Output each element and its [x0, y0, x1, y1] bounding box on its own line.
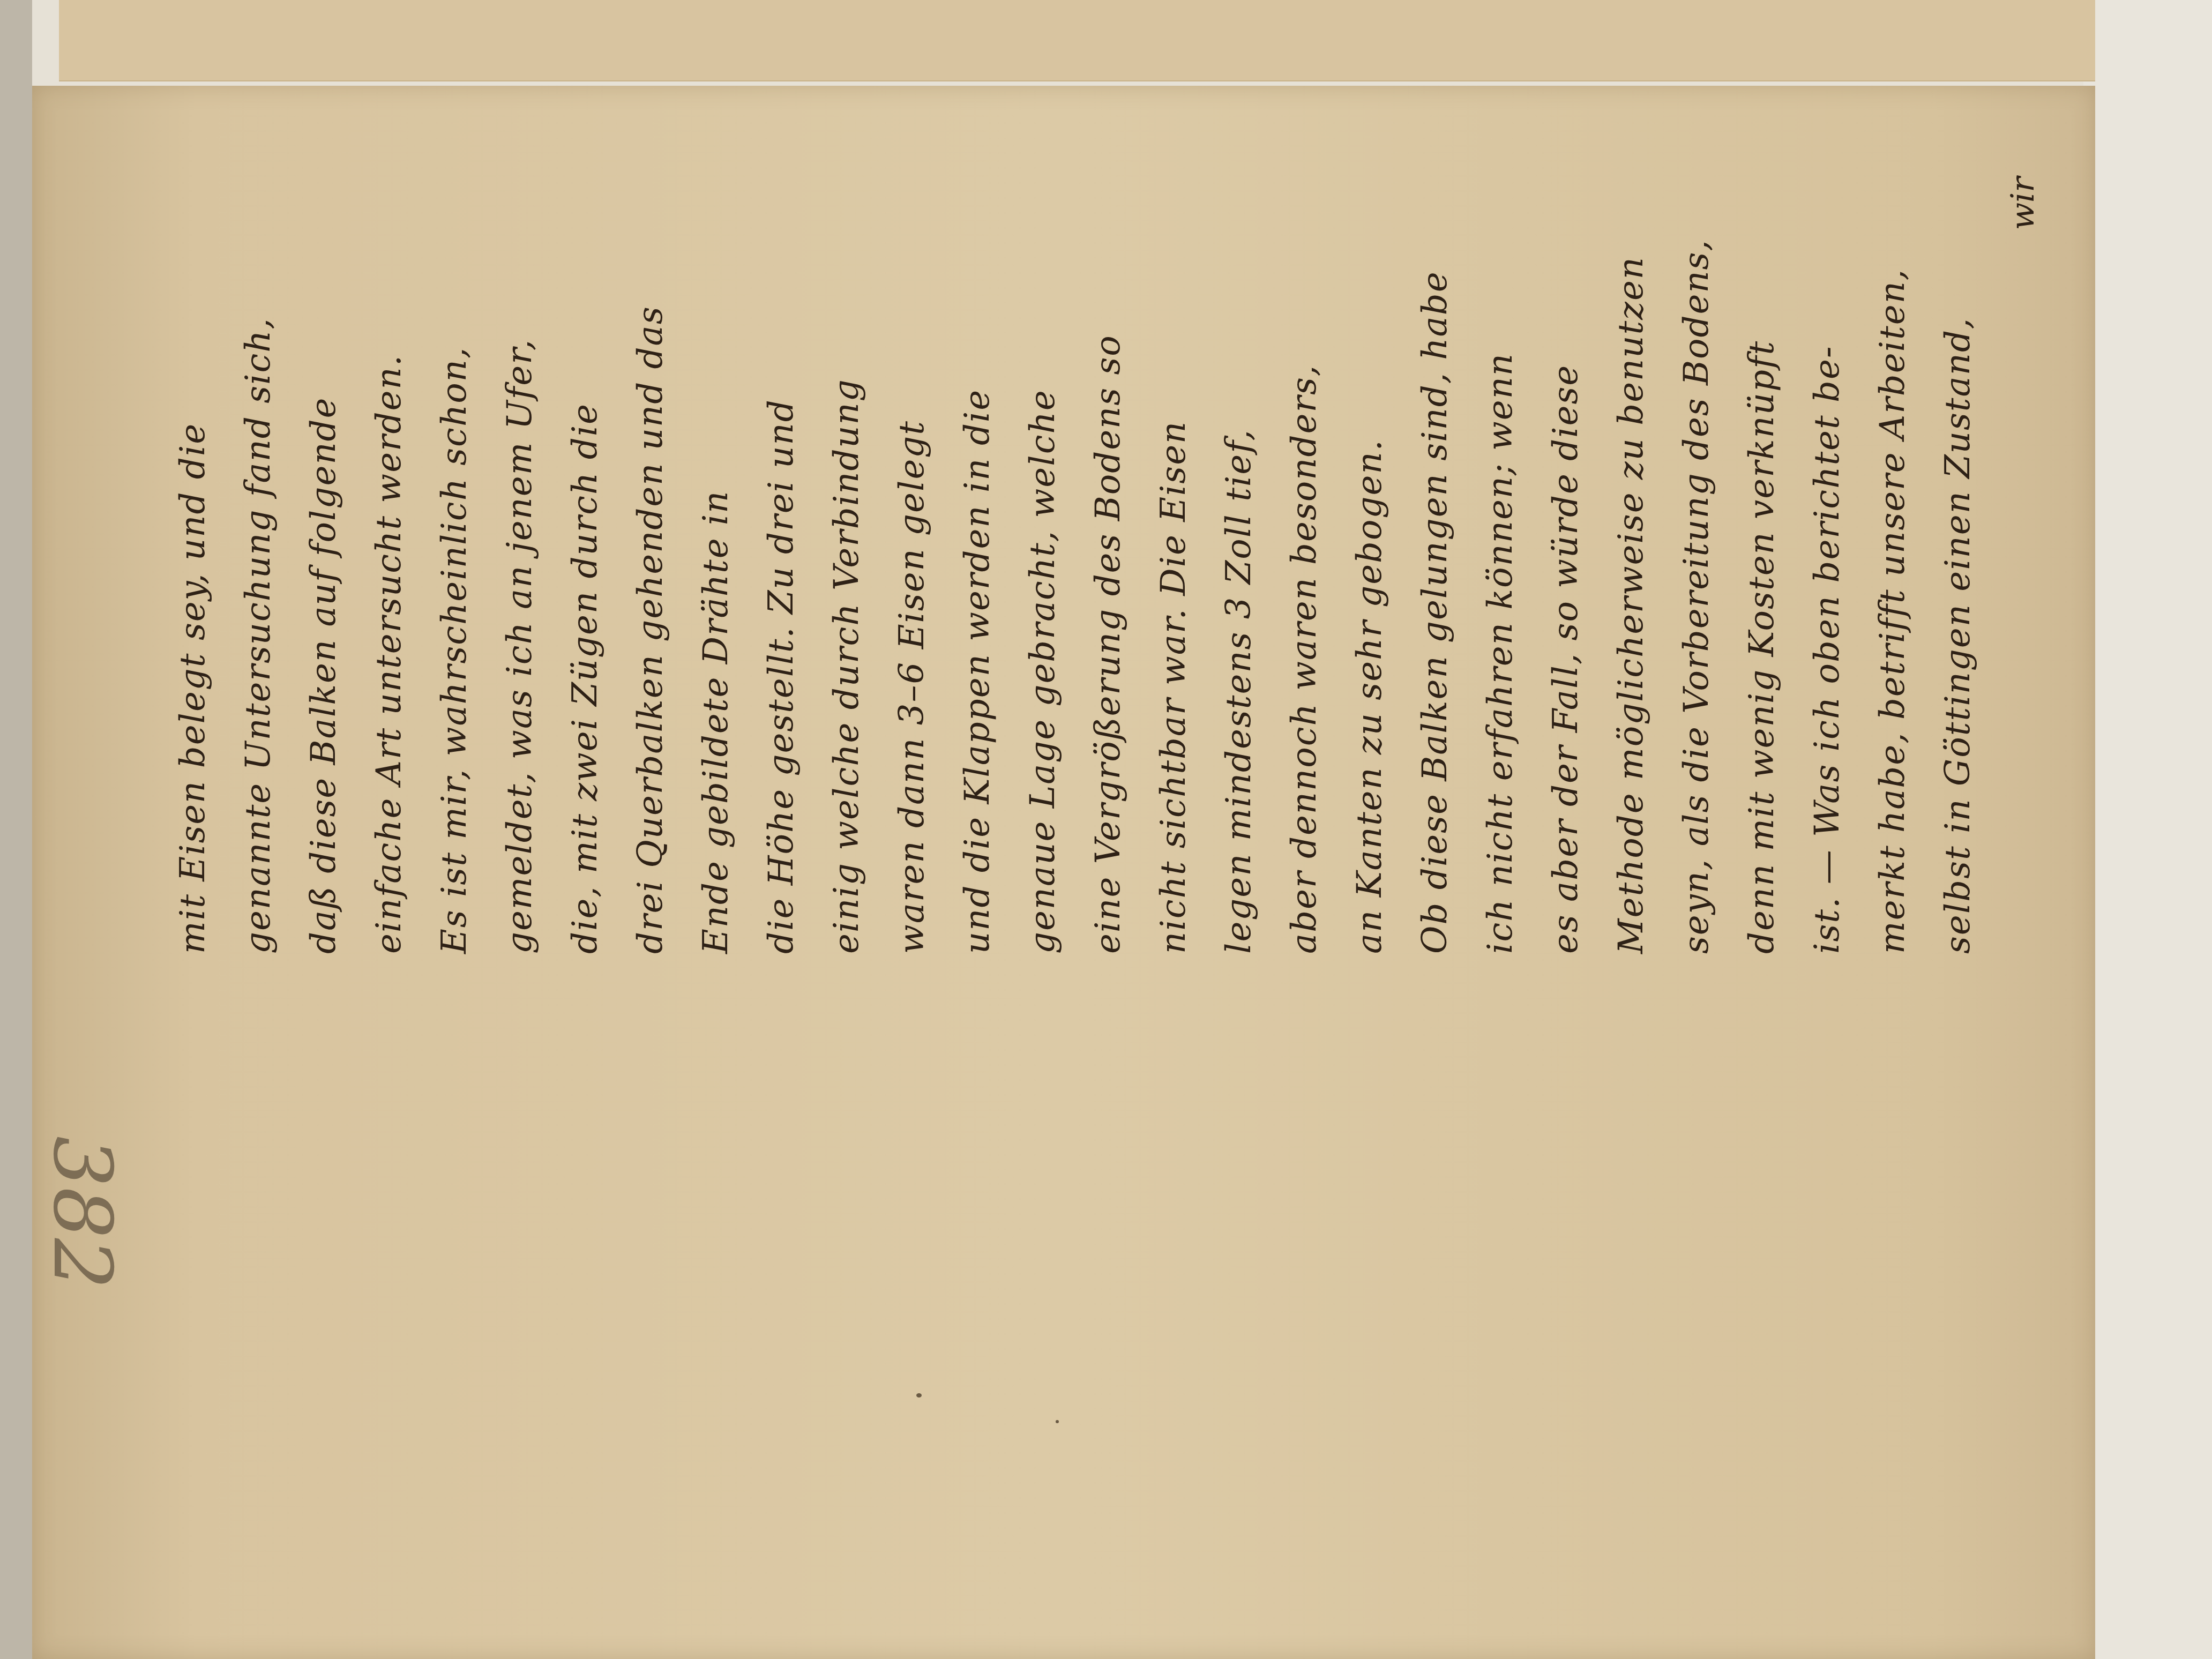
catchword: wir — [2004, 177, 2042, 230]
text-line: und die Klappen werden in die — [945, 96, 1010, 954]
text-line: legen mindestens 3 Zoll tief, — [1207, 96, 1271, 954]
text-line: Ende gebildete Drähte in — [684, 96, 748, 954]
text-line: einig welche durch Verbindung — [814, 96, 879, 954]
text-line: eine Vergrößerung des Bodens so — [1076, 96, 1140, 954]
text-line: mit Eisen belegt sey, und die — [161, 96, 225, 954]
text-line: merkt habe, betrifft unsere Arbeiten, — [1860, 96, 1925, 954]
text-line: selbst in Göttingen einen Zustand, — [1926, 96, 1990, 954]
background-cloth-right — [2083, 0, 2212, 1659]
pinhole-mark — [916, 1393, 922, 1398]
background-cloth-left — [0, 0, 32, 1659]
text-line: nicht sichtbar war. Die Eisen — [1141, 96, 1206, 954]
text-line: die Höhe gestellt. Zu drei und — [749, 96, 813, 954]
underlying-page-edge — [59, 0, 2095, 81]
text-line: es aber der Fall, so würde diese — [1534, 96, 1598, 954]
text-line: ich nicht erfahren können; wenn — [1468, 96, 1533, 954]
text-line: genannte Untersuchung fand sich, — [226, 96, 290, 954]
text-line: an Kanten zu sehr gebogen. — [1337, 96, 1402, 954]
handwritten-text-block: mit Eisen belegt sey, und die genannte U… — [161, 96, 1983, 954]
text-line: Es ist mir, wahrscheinlich schon, — [422, 96, 487, 954]
page-number: 382 — [35, 1136, 129, 1289]
text-line: einfache Art untersucht werden. — [357, 96, 421, 954]
text-line: Methode möglicherweise zu benutzen — [1599, 96, 1663, 954]
text-line: Ob diese Balken gelungen sind, habe — [1403, 96, 1467, 954]
text-line: drei Querbalken gehenden und das — [618, 96, 683, 954]
text-line: waren dann 3–6 Eisen gelegt — [880, 96, 944, 954]
text-line: seyn, als die Vorbereitung des Bodens, — [1664, 96, 1729, 954]
text-line: genaue Lage gebracht, welche — [1011, 96, 1075, 954]
text-line: ist. — Was ich oben berichtet be- — [1795, 96, 1859, 954]
text-line: denn mit wenig Kosten verknüpft — [1730, 96, 1794, 954]
text-line: daß diese Balken auf folgende — [292, 96, 356, 954]
text-line: aber dennoch waren besonders, — [1272, 96, 1336, 954]
pinhole-mark — [1056, 1420, 1059, 1423]
text-line: die, mit zwei Zügen durch die — [553, 96, 617, 954]
text-line: gemeldet, was ich an jenem Ufer, — [488, 96, 552, 954]
